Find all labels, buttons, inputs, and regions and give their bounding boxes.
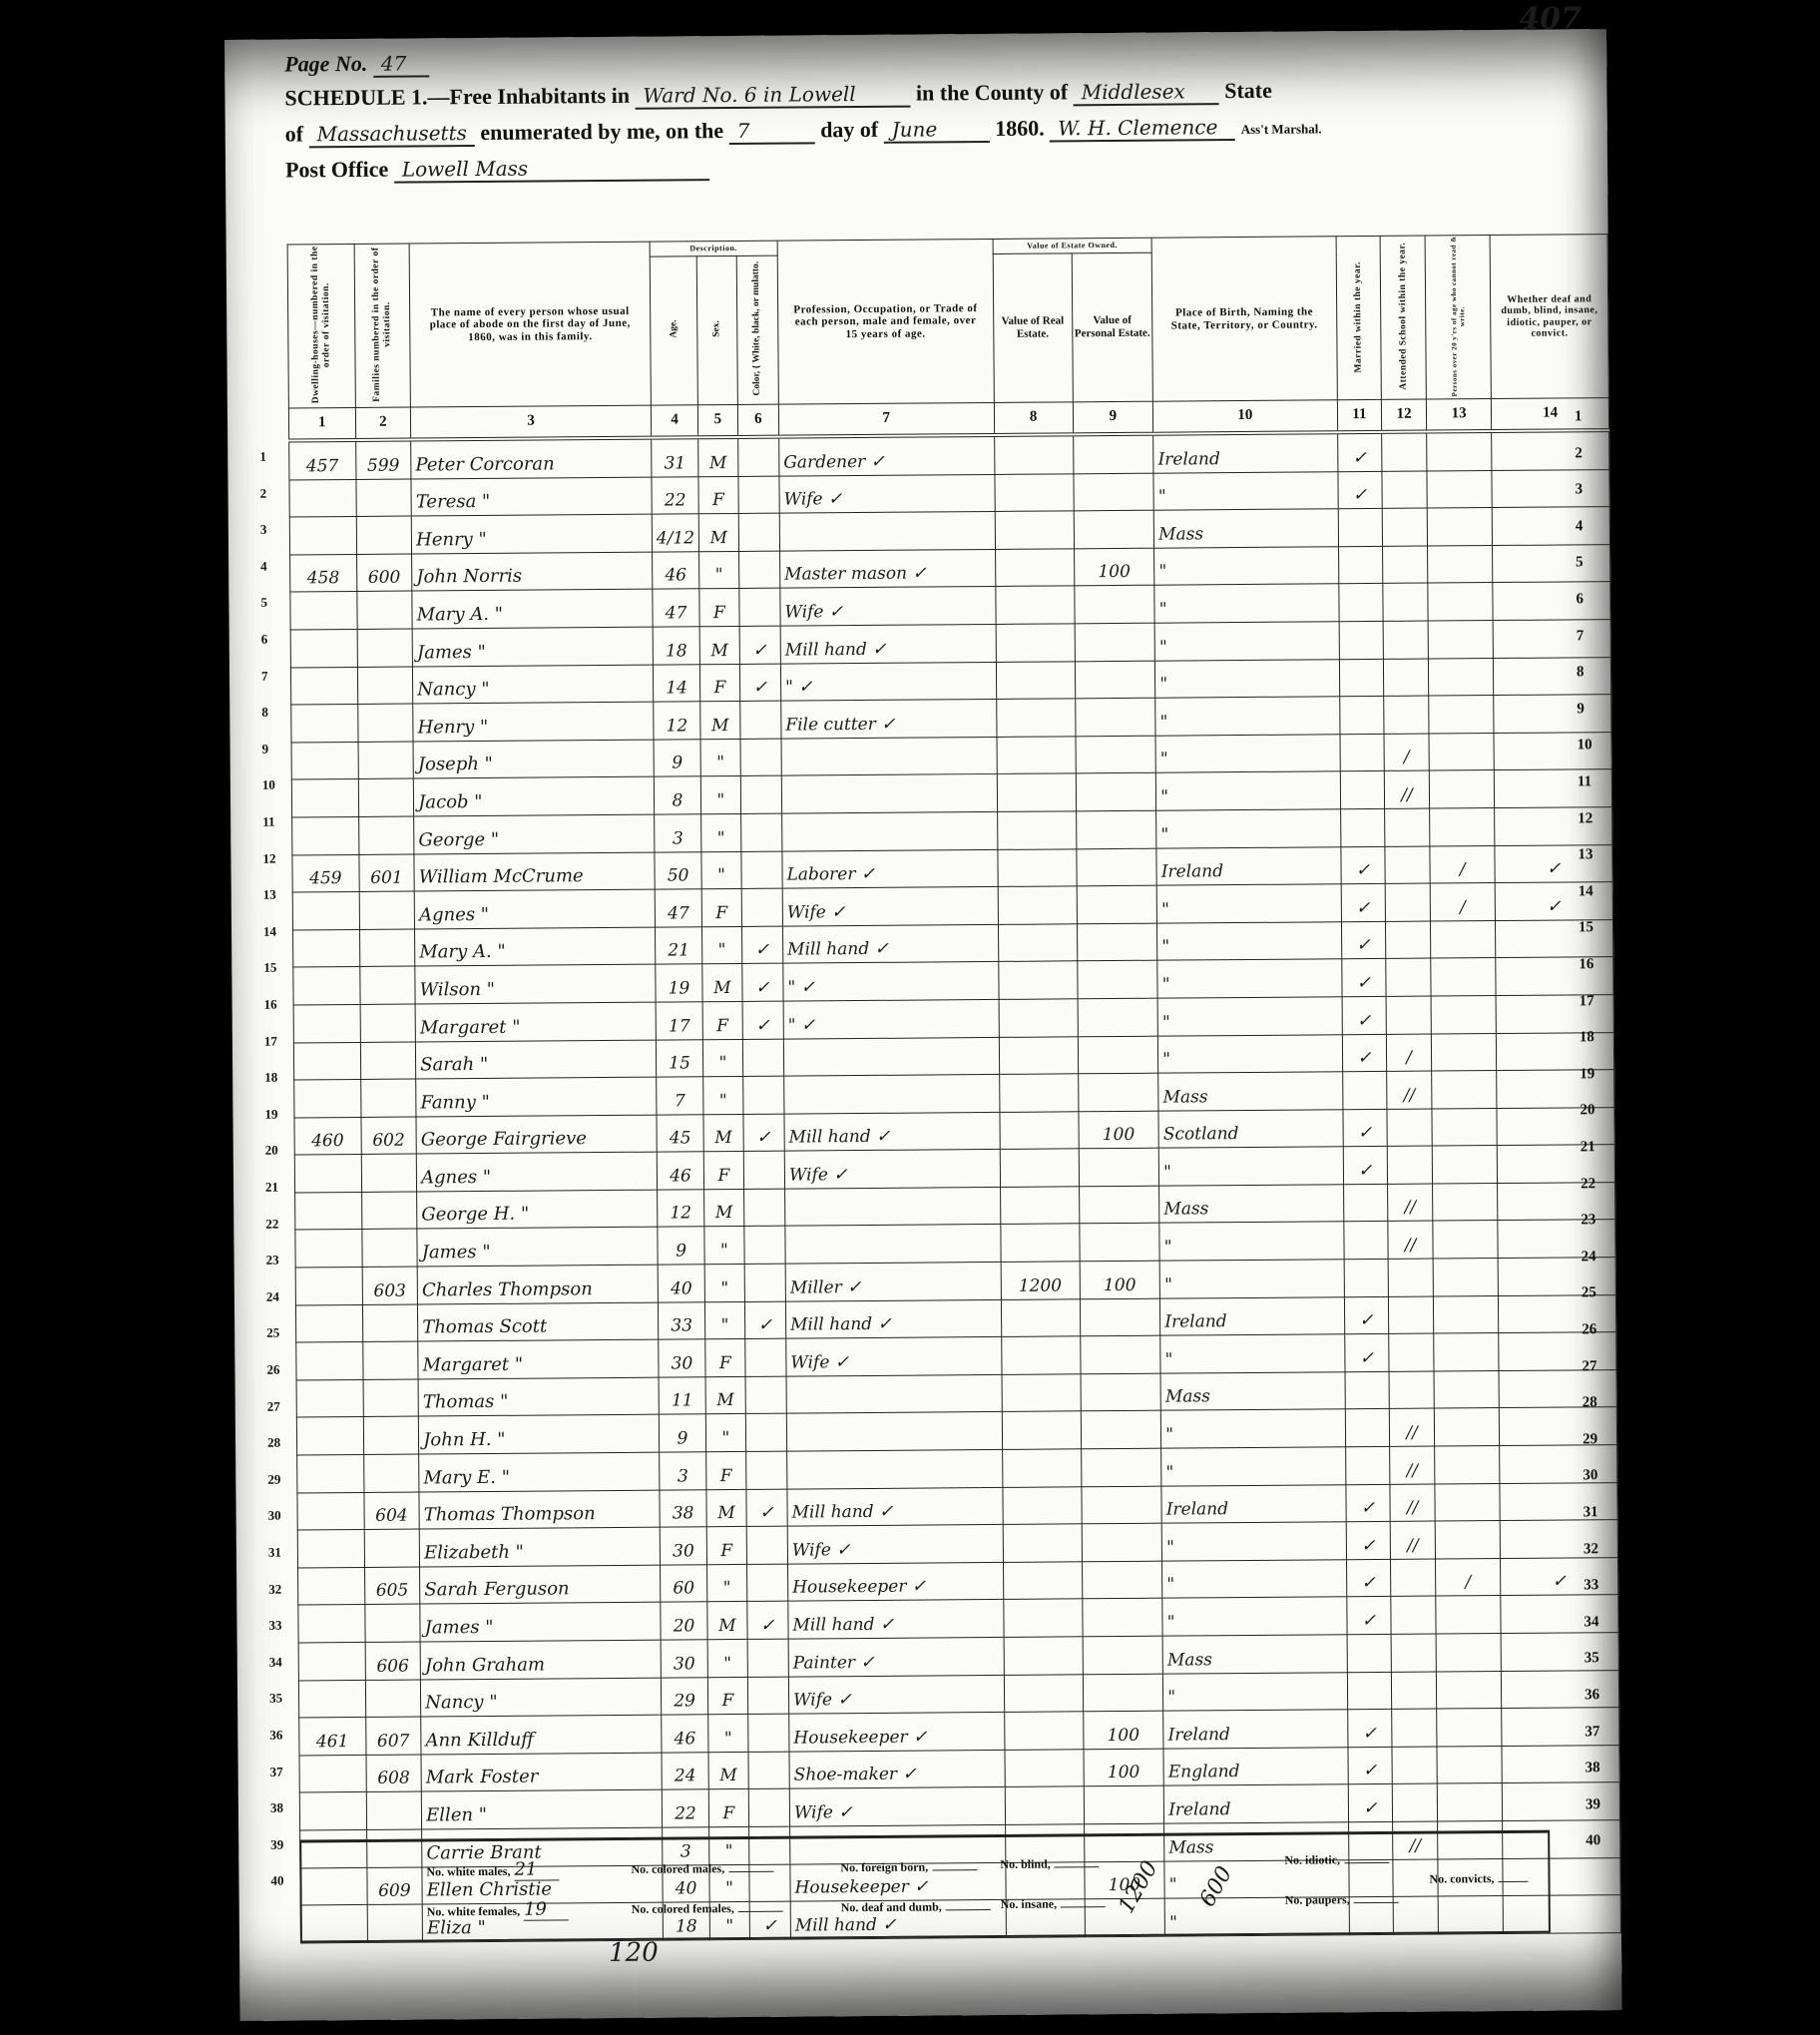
cell-school — [1388, 1259, 1433, 1296]
cell-illiterate — [1430, 807, 1496, 845]
cell-color — [743, 1227, 785, 1265]
cell-illiterate — [1435, 1521, 1501, 1559]
cell-name: Mary A. " — [412, 590, 653, 629]
cell-dwelling: 461 — [299, 1718, 366, 1756]
cell-married: ✓ — [1345, 1484, 1390, 1522]
cell-birth: Mass — [1153, 509, 1338, 548]
cell-school: // — [1390, 1446, 1435, 1484]
cell-disability — [1502, 1708, 1619, 1747]
cell-school: // — [1388, 1184, 1433, 1222]
cell-age: 30 — [659, 1339, 705, 1377]
cell-school — [1387, 1109, 1432, 1147]
cell-dwelling — [295, 1230, 362, 1268]
cell-disability — [1498, 1182, 1615, 1221]
cell-married: ✓ — [1337, 432, 1382, 471]
cell-name: Margaret " — [418, 1339, 659, 1378]
cell-occupation — [781, 737, 997, 775]
cell-illiterate — [1429, 770, 1495, 808]
line-number-left: 28 — [267, 1435, 280, 1451]
cell-disability — [1499, 1369, 1616, 1408]
cell-family — [361, 1229, 417, 1267]
cell-family: 608 — [366, 1755, 422, 1792]
cell-married — [1338, 546, 1383, 584]
deaf-dumb-field: No. deaf and dumb, — [841, 1899, 991, 1915]
cell-dwelling — [289, 517, 356, 555]
cell-dwelling — [298, 1605, 365, 1643]
line-number-left: 6 — [261, 632, 268, 648]
cell-disability — [1500, 1520, 1617, 1559]
cell-name: George H. " — [417, 1190, 658, 1229]
cell-disability — [1499, 1332, 1616, 1371]
line-number-left: 39 — [270, 1836, 283, 1852]
cell-dwelling — [298, 1680, 365, 1718]
post-office-value: Lowell Mass — [394, 155, 709, 183]
line-number-right: 30 — [1583, 1468, 1597, 1485]
line-number-left: 32 — [268, 1581, 281, 1597]
cell-personal — [1074, 586, 1154, 624]
line-number-left: 36 — [269, 1728, 282, 1744]
cell-color: ✓ — [741, 926, 783, 964]
cell-sex: " — [705, 1414, 745, 1452]
cell-occupation: Housekeeper ✓ — [787, 1562, 1003, 1601]
census-table: Dwelling-houses—numbered in the order of… — [287, 234, 1621, 1943]
cell-family — [364, 1529, 420, 1567]
description-group-header: Description. — [650, 241, 777, 256]
cell-sex: " — [700, 776, 740, 814]
cell-name: Peter Corcoran — [411, 438, 652, 479]
cell-occupation: Mill hand ✓ — [784, 1112, 1000, 1151]
cell-birth: Ireland — [1153, 432, 1338, 473]
cell-personal — [1075, 698, 1155, 736]
cell-disability — [1503, 1782, 1620, 1821]
line-number-left: 17 — [264, 1033, 277, 1049]
cell-name: George Fairgrieve — [416, 1115, 657, 1154]
cell-disability: ✓ — [1495, 844, 1612, 883]
cell-personal — [1081, 1448, 1161, 1486]
cell-dwelling — [290, 592, 357, 630]
cell-school: // — [1390, 1484, 1435, 1522]
cell-married — [1340, 808, 1385, 846]
cell-illiterate — [1433, 1295, 1499, 1333]
county-value: Middlesex — [1074, 79, 1219, 106]
cell-disability — [1493, 507, 1610, 546]
cell-occupation: " ✓ — [780, 662, 996, 701]
cell-school: // — [1388, 1221, 1433, 1259]
cell-color — [738, 589, 780, 627]
cell-personal — [1074, 473, 1154, 511]
cell-dwelling — [291, 742, 358, 779]
cell-birth: " — [1156, 771, 1341, 810]
cell-family — [357, 704, 413, 742]
cell-married: ✓ — [1346, 1522, 1391, 1560]
line-number-right: 36 — [1585, 1687, 1599, 1704]
cell-age: 50 — [655, 851, 701, 889]
line-number-left: 2 — [260, 485, 267, 501]
cell-color — [747, 1714, 789, 1752]
cell-sex: M — [698, 514, 738, 552]
col-real-estate-header: Value of Real Estate. — [993, 254, 1073, 403]
cell-real — [995, 586, 1074, 624]
cell-dwelling — [294, 1155, 361, 1193]
cell-married — [1347, 1672, 1392, 1710]
cell-age: 46 — [662, 1715, 708, 1753]
cell-real — [996, 661, 1075, 699]
cell-real — [1005, 1750, 1084, 1787]
cell-occupation: Wife ✓ — [782, 887, 998, 926]
cell-occupation: Laborer ✓ — [782, 849, 998, 888]
cell-disability — [1496, 995, 1613, 1034]
cell-family — [363, 1416, 419, 1454]
line-number-left: 30 — [268, 1508, 281, 1524]
cell-name: Henry " — [413, 702, 654, 741]
cell-color — [740, 775, 782, 813]
cell-personal — [1079, 1186, 1159, 1224]
cell-birth: " — [1162, 1560, 1347, 1599]
line-number-left: 21 — [265, 1180, 278, 1196]
cell-name: Agnes " — [416, 1152, 657, 1191]
cell-personal — [1079, 1224, 1159, 1262]
cell-occupation: Wife ✓ — [787, 1525, 1003, 1564]
cell-birth: Mass — [1159, 1185, 1344, 1224]
line-number-left: 27 — [267, 1398, 280, 1414]
cell-school — [1389, 1371, 1434, 1409]
cell-birth: Mass — [1158, 1072, 1343, 1111]
cell-occupation — [785, 1187, 1001, 1226]
cell-married — [1343, 1184, 1388, 1222]
cell-dwelling: 459 — [292, 854, 359, 892]
cell-occupation: Miller ✓ — [785, 1262, 1001, 1300]
cell-age: 40 — [658, 1265, 704, 1302]
cell-personal: 100 — [1084, 1749, 1164, 1786]
cell-occupation: Wife ✓ — [784, 1150, 1000, 1189]
line-number-left: 15 — [263, 960, 276, 976]
cell-disability — [1494, 732, 1611, 770]
cell-age: 46 — [652, 552, 698, 590]
cell-married: ✓ — [1343, 1147, 1388, 1185]
cell-family — [361, 1154, 417, 1192]
cell-disability — [1497, 1070, 1614, 1109]
cell-real — [1000, 1187, 1079, 1225]
cell-dwelling: 460 — [294, 1117, 361, 1155]
cell-illiterate — [1432, 1108, 1498, 1146]
cell-sex: M — [705, 1376, 745, 1414]
cell-family — [362, 1341, 418, 1379]
cell-real — [995, 549, 1074, 587]
cell-family — [359, 966, 415, 1004]
cell-color — [738, 551, 780, 589]
cell-color — [737, 437, 779, 476]
month-value: June — [884, 117, 990, 144]
cell-occupation: " ✓ — [783, 999, 999, 1038]
cell-occupation: Wife ✓ — [789, 1787, 1005, 1826]
cell-age: 8 — [654, 776, 700, 814]
cell-married: ✓ — [1342, 996, 1387, 1034]
cell-age: 15 — [656, 1039, 702, 1077]
cell-sex: F — [708, 1677, 748, 1715]
cell-illiterate — [1427, 545, 1493, 583]
cell-family: 601 — [358, 854, 414, 892]
cell-age: 47 — [655, 889, 701, 927]
cell-color — [740, 813, 782, 851]
line-number-left: 24 — [266, 1288, 279, 1304]
cell-family — [358, 816, 414, 854]
census-rows: 457599Peter Corcoran31MGardener ✓Ireland… — [289, 430, 1621, 1943]
cell-family — [355, 479, 411, 517]
cell-sex: " — [704, 1227, 744, 1265]
cell-age: 11 — [659, 1377, 705, 1415]
line-number-left: 20 — [265, 1143, 278, 1159]
cell-illiterate — [1432, 1146, 1498, 1184]
line-number-right: 17 — [1580, 993, 1594, 1010]
cell-married: ✓ — [1346, 1559, 1391, 1597]
line-number-left: 37 — [270, 1764, 283, 1780]
col-disability-header: Whether deaf and dumb, blind, insane, id… — [1490, 235, 1608, 399]
right-line-numbers: 1234567891011121314151617181920212223242… — [225, 29, 1606, 40]
corner-page-stamp: 407 — [1519, 1, 1582, 36]
cell-disability: ✓ — [1501, 1557, 1618, 1596]
cell-name: Thomas " — [418, 1377, 659, 1416]
cell-disability — [1497, 1107, 1614, 1146]
cell-name: James " — [420, 1603, 661, 1642]
cell-occupation — [787, 1449, 1003, 1488]
cell-family — [356, 516, 412, 554]
cell-dwelling — [293, 929, 360, 967]
cell-real — [997, 773, 1076, 811]
cell-sex: " — [703, 1077, 743, 1115]
cell-personal: 100 — [1074, 548, 1154, 586]
cell-age: 9 — [659, 1414, 705, 1452]
cell-birth: Ireland — [1161, 1484, 1346, 1523]
cell-real — [1002, 1449, 1081, 1487]
cell-family — [360, 1042, 416, 1080]
cell-illiterate: / — [1435, 1558, 1501, 1596]
line-number-left: 3 — [260, 522, 267, 538]
cell-age: 20 — [661, 1602, 707, 1640]
cell-school — [1383, 583, 1428, 621]
cell-color — [742, 1076, 784, 1114]
cell-color — [747, 1639, 789, 1677]
day-value: 7 — [729, 118, 815, 145]
cell-illiterate — [1434, 1408, 1500, 1446]
cell-dwelling — [298, 1567, 365, 1605]
paupers-field: No. paupers, — [1285, 1892, 1399, 1908]
cell-school — [1384, 659, 1429, 697]
cell-married: ✓ — [1340, 846, 1385, 884]
line-number-right: 18 — [1580, 1029, 1594, 1046]
cell-illiterate — [1434, 1370, 1500, 1408]
cell-married — [1347, 1634, 1392, 1672]
cell-age: 12 — [657, 1190, 703, 1228]
cell-disability — [1501, 1595, 1618, 1634]
cell-color — [747, 1677, 789, 1715]
cell-color — [746, 1564, 788, 1602]
cell-family — [360, 1079, 416, 1117]
cell-sex: " — [707, 1639, 747, 1677]
line-number-left: 14 — [263, 923, 276, 939]
cell-name: James " — [412, 627, 653, 666]
line-number-right: 8 — [1577, 665, 1585, 682]
colored-females-field: No. colored females, — [632, 1901, 783, 1917]
cell-personal — [1081, 1411, 1161, 1449]
cell-color — [743, 1189, 785, 1227]
cell-school — [1383, 546, 1428, 584]
cell-occupation — [783, 1037, 999, 1076]
line-number-right: 38 — [1586, 1760, 1600, 1777]
cell-color: ✓ — [742, 1001, 784, 1039]
col-personal-estate-header: Value of Personal Estate. — [1072, 253, 1153, 402]
cell-birth: England — [1163, 1747, 1348, 1785]
cell-married — [1343, 1222, 1388, 1260]
cell-family — [357, 667, 413, 705]
cell-sex: " — [702, 926, 742, 964]
blind-field: No. blind, — [1000, 1856, 1099, 1872]
cell-dwelling — [293, 967, 360, 1005]
cell-name: Ellen " — [421, 1789, 662, 1828]
left-line-numbers: 1234567891011121314151617181920212223242… — [225, 29, 1606, 40]
cell-illiterate — [1435, 1483, 1501, 1521]
cell-real — [999, 1074, 1078, 1112]
col-occupation-header: Profession, Occupation, or Trade of each… — [777, 239, 994, 404]
cell-dwelling — [290, 629, 357, 667]
idiotic-field: No. idiotic, — [1284, 1852, 1389, 1868]
cell-married: ✓ — [1341, 921, 1386, 959]
cell-age: 22 — [652, 476, 698, 514]
col-school-header: Attended School within the year. — [1380, 236, 1426, 399]
cell-birth: " — [1160, 1334, 1345, 1373]
cell-real — [996, 699, 1075, 737]
cell-disability — [1500, 1445, 1617, 1484]
cell-age: 3 — [655, 814, 701, 852]
cell-school — [1392, 1672, 1437, 1710]
line-number-right: 16 — [1579, 956, 1593, 973]
cell-name: Sarah Ferguson — [420, 1565, 661, 1604]
cell-school: / — [1387, 1034, 1432, 1072]
cell-color — [740, 739, 782, 776]
cell-name: Mark Foster — [421, 1753, 662, 1791]
cell-age: 47 — [653, 589, 699, 627]
cell-illiterate — [1431, 958, 1497, 996]
cell-illiterate — [1430, 920, 1496, 958]
cell-personal — [1084, 1786, 1164, 1824]
line-number-right: 22 — [1581, 1176, 1595, 1193]
cell-real — [998, 961, 1077, 999]
cell-dwelling — [292, 816, 359, 854]
cell-occupation: Mill hand ✓ — [782, 924, 998, 963]
cell-married: ✓ — [1342, 1034, 1387, 1072]
cell-married: ✓ — [1342, 1109, 1387, 1147]
cell-personal — [1078, 1036, 1158, 1074]
cell-personal — [1074, 510, 1154, 548]
cell-birth: " — [1161, 1409, 1346, 1448]
cell-real — [998, 886, 1077, 924]
cell-sex: F — [701, 889, 741, 927]
cell-family — [357, 629, 413, 667]
cell-age: 30 — [660, 1527, 706, 1565]
cell-dwelling — [291, 779, 358, 817]
cell-color — [745, 1451, 787, 1489]
line-number-right: 13 — [1578, 846, 1592, 863]
cell-personal — [1078, 998, 1158, 1036]
cell-age: 14 — [653, 664, 699, 702]
cell-family — [359, 929, 415, 967]
cell-school — [1392, 1783, 1437, 1821]
cell-occupation: Wife ✓ — [788, 1675, 1004, 1714]
cell-name: Charles Thompson — [417, 1265, 658, 1303]
cell-occupation: File cutter ✓ — [781, 700, 997, 739]
cell-occupation: Mill hand ✓ — [788, 1600, 1004, 1639]
cell-color: ✓ — [746, 1602, 788, 1640]
cell-occupation: Mill hand ✓ — [785, 1299, 1001, 1338]
cell-color — [744, 1264, 786, 1301]
cell-age: 33 — [658, 1301, 704, 1339]
cell-real — [997, 737, 1076, 774]
cell-disability — [1493, 582, 1610, 621]
cell-birth: " — [1156, 809, 1341, 848]
cell-age: 4/12 — [652, 514, 698, 552]
enumeration-line: of Massachusetts enumerated by me, on th… — [285, 113, 1322, 148]
cell-personal — [1080, 1335, 1160, 1373]
cell-name: John Norris — [412, 552, 653, 591]
cell-occupation — [786, 1412, 1002, 1451]
cell-sex: F — [708, 1789, 748, 1827]
cell-age: 9 — [658, 1227, 704, 1265]
page-number-line: Page No. 47 — [284, 50, 429, 78]
cell-school — [1389, 1296, 1434, 1334]
cell-family: 603 — [362, 1267, 418, 1304]
cell-family — [365, 1680, 421, 1718]
cell-age: 22 — [662, 1789, 708, 1827]
cell-birth: Mass — [1162, 1635, 1347, 1674]
line-number-right: 34 — [1584, 1614, 1598, 1631]
cell-occupation: Wife ✓ — [780, 587, 996, 626]
cell-personal — [1077, 848, 1157, 886]
line-number-right: 10 — [1578, 738, 1592, 755]
personal-estate-total: 600 — [1194, 1862, 1237, 1911]
cell-disability — [1497, 1032, 1614, 1071]
cell-family — [361, 1192, 417, 1230]
cell-name: Mary E. " — [419, 1452, 660, 1491]
cell-personal — [1078, 1073, 1158, 1111]
cell-illiterate — [1431, 995, 1497, 1033]
cell-illiterate — [1427, 508, 1493, 546]
cell-disability — [1492, 469, 1609, 508]
cell-real — [999, 1036, 1078, 1074]
line-number-left: 4 — [260, 558, 267, 574]
cell-sex: " — [701, 813, 741, 851]
cell-family — [356, 591, 412, 629]
cell-personal: 100 — [1080, 1261, 1160, 1298]
cell-personal — [1082, 1561, 1162, 1599]
cell-real — [998, 924, 1077, 962]
cell-disability — [1494, 657, 1611, 696]
cell-birth: " — [1161, 1522, 1346, 1561]
cell-name: George " — [414, 814, 655, 853]
cell-real — [1002, 1411, 1081, 1449]
colored-males-field: No. colored males, — [631, 1861, 773, 1877]
line-number-left: 18 — [264, 1070, 277, 1086]
line-number-left: 38 — [270, 1800, 283, 1816]
cell-color: ✓ — [743, 1114, 785, 1152]
cell-real: 1200 — [1001, 1262, 1080, 1299]
cell-dwelling: 458 — [290, 554, 357, 592]
cell-sex: " — [708, 1715, 748, 1753]
cell-sex: F — [703, 1152, 743, 1190]
cell-disability — [1495, 769, 1612, 808]
cell-name: John H. " — [418, 1415, 659, 1454]
cell-sex: F — [705, 1339, 745, 1377]
cell-occupation: Shoe-maker ✓ — [789, 1750, 1005, 1788]
cell-real — [1004, 1712, 1083, 1750]
